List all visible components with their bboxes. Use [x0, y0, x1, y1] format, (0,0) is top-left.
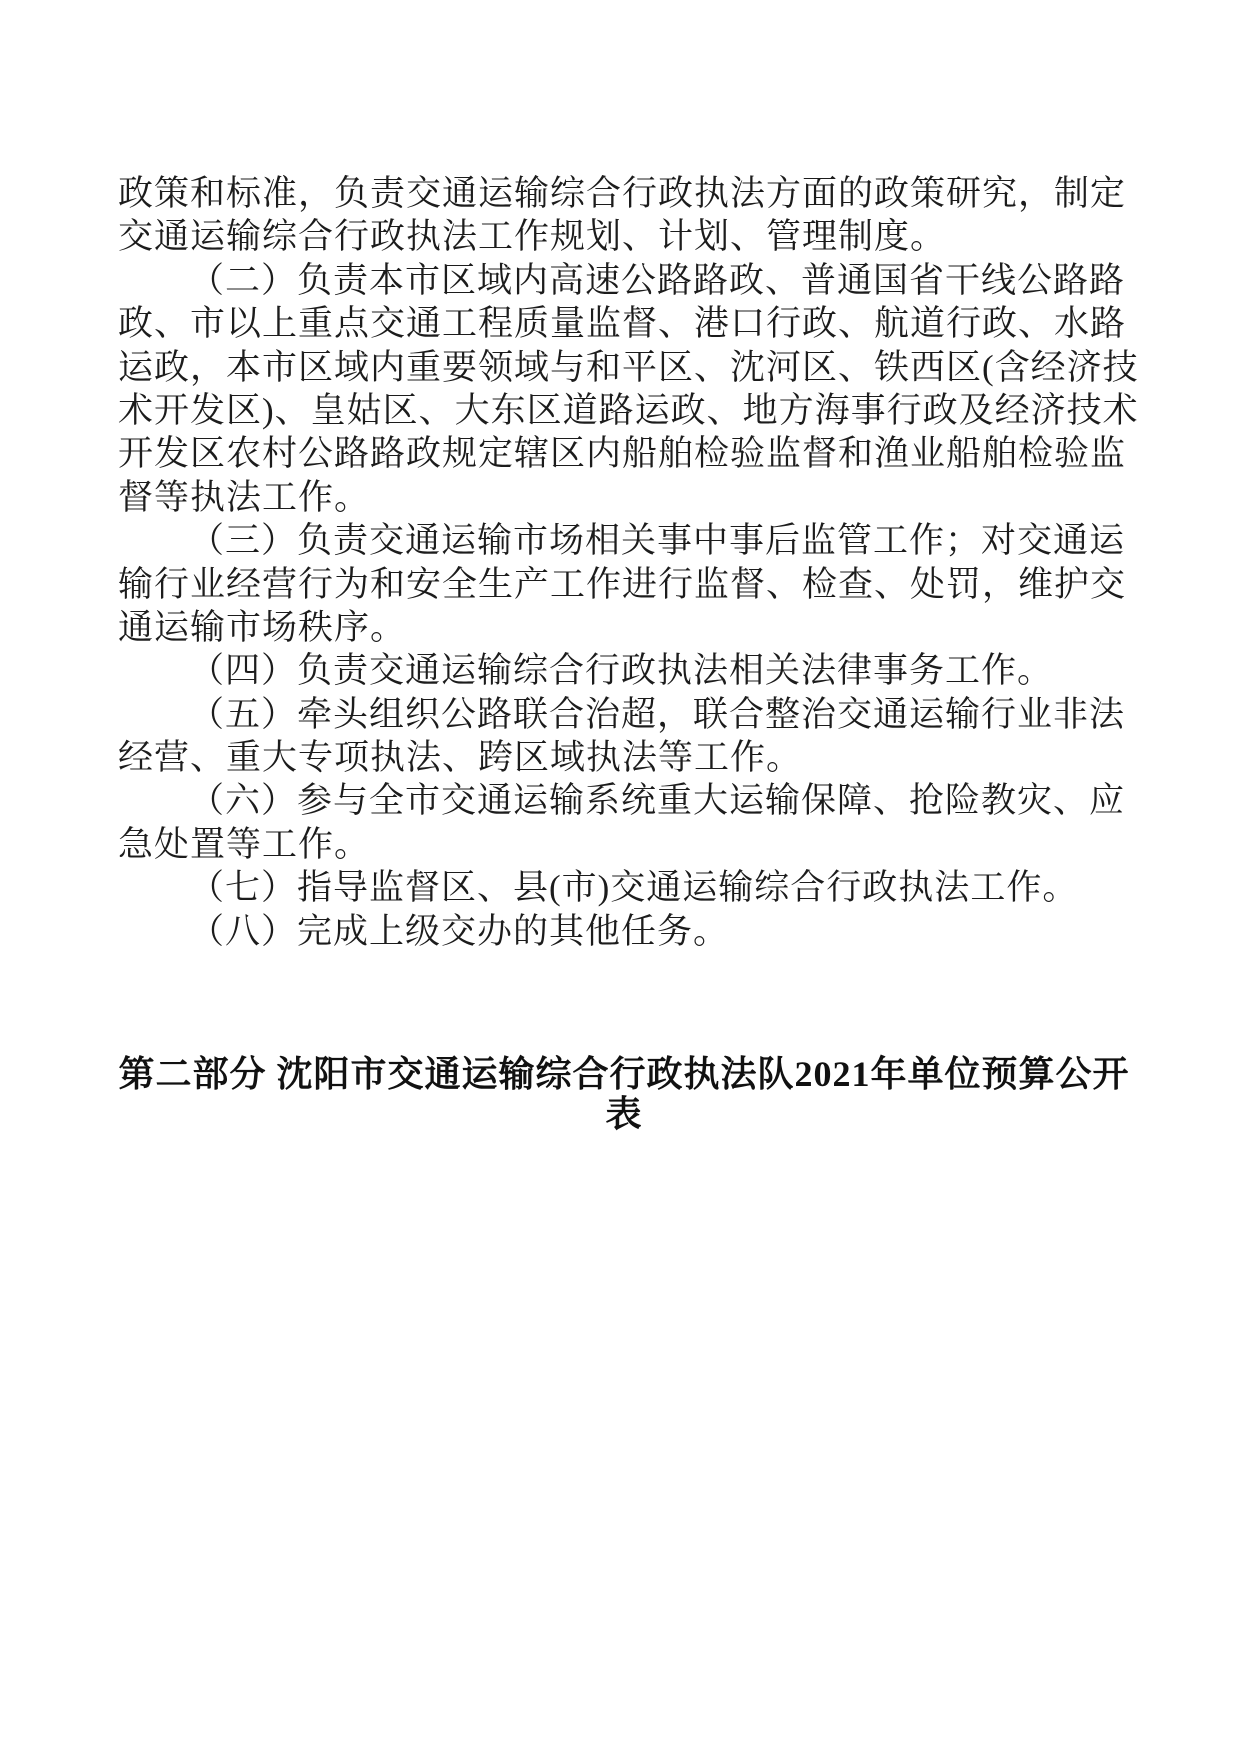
body-line: （三）负责交通运输市场相关事中事后监管工作；对交通运 [118, 519, 1130, 562]
paragraph-item-8: （八）完成上级交办的其他任务。 [118, 910, 1130, 953]
body-line: 经营、重大专项执法、跨区域执法等工作。 [118, 736, 1130, 779]
body-line: 交通运输综合行政执法工作规划、计划、管理制度。 [118, 215, 1130, 258]
body-line: 输行业经营行为和安全生产工作进行监督、检查、处罚，维护交 [118, 563, 1130, 606]
section-heading-line-2: 表 [118, 1094, 1130, 1134]
body-line: （七）指导监督区、县(市)交通运输综合行政执法工作。 [118, 866, 1130, 909]
body-line: 督等执法工作。 [118, 476, 1130, 519]
section-heading: 第二部分 沈阳市交通运输综合行政执法队2021年单位预算公开 表 [118, 1054, 1130, 1134]
paragraph-item-5: （五）牵头组织公路联合治超，联合整治交通运输行业非法 经营、重大专项执法、跨区域… [118, 693, 1130, 780]
body-line: 政策和标准，负责交通运输综合行政执法方面的政策研究，制定 [118, 172, 1130, 215]
paragraph-item-3: （三）负责交通运输市场相关事中事后监管工作；对交通运 输行业经营行为和安全生产工… [118, 519, 1130, 649]
paragraph-continuation: 政策和标准，负责交通运输综合行政执法方面的政策研究，制定 交通运输综合行政执法工… [118, 172, 1130, 259]
body-line: 政、市以上重点交通工程质量监督、港口行政、航道行政、水路 [118, 302, 1130, 345]
section-heading-line-1: 第二部分 沈阳市交通运输综合行政执法队2021年单位预算公开 [118, 1054, 1130, 1094]
paragraph-item-2: （二）负责本市区域内高速公路路政、普通国省干线公路路 政、市以上重点交通工程质量… [118, 259, 1130, 519]
body-line: （二）负责本市区域内高速公路路政、普通国省干线公路路 [118, 259, 1130, 302]
document-page: 政策和标准，负责交通运输综合行政执法方面的政策研究，制定 交通运输综合行政执法工… [0, 0, 1241, 1754]
body-line: 急处置等工作。 [118, 823, 1130, 866]
body-line: 术开发区)、皇姑区、大东区道路运政、地方海事行政及经济技术 [118, 389, 1130, 432]
body-line: （五）牵头组织公路联合治超，联合整治交通运输行业非法 [118, 693, 1130, 736]
body-line: 通运输市场秩序。 [118, 606, 1130, 649]
paragraph-item-6: （六）参与全市交通运输系统重大运输保障、抢险教灾、应 急处置等工作。 [118, 779, 1130, 866]
paragraph-item-7: （七）指导监督区、县(市)交通运输综合行政执法工作。 [118, 866, 1130, 909]
body-line: （八）完成上级交办的其他任务。 [118, 910, 1130, 953]
body-line: （六）参与全市交通运输系统重大运输保障、抢险教灾、应 [118, 779, 1130, 822]
body-line: 运政，本市区域内重要领域与和平区、沈河区、铁西区(含经济技 [118, 346, 1130, 389]
body-line: 开发区农村公路路政规定辖区内船舶检验监督和渔业船舶检验监 [118, 432, 1130, 475]
document-body: 政策和标准，负责交通运输综合行政执法方面的政策研究，制定 交通运输综合行政执法工… [118, 172, 1130, 953]
body-line: （四）负责交通运输综合行政执法相关法律事务工作。 [118, 649, 1130, 692]
paragraph-item-4: （四）负责交通运输综合行政执法相关法律事务工作。 [118, 649, 1130, 692]
